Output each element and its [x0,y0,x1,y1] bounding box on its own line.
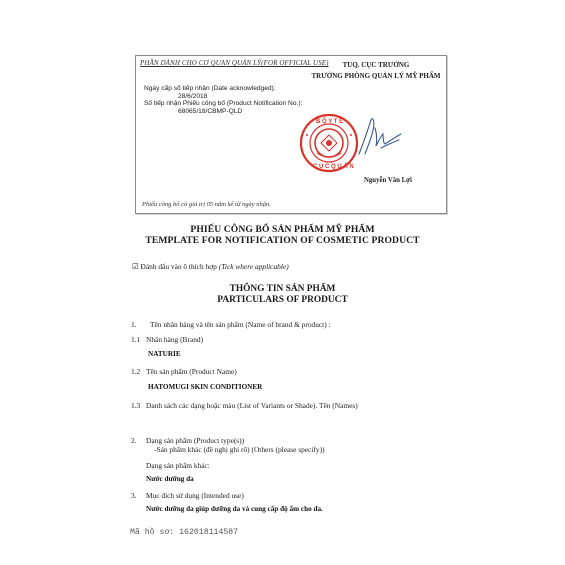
item-1-2: 1.2Tên sản phẩm (Product Name) [131,367,237,376]
svg-text:C Ụ C Q U Ả N: C Ụ C Q U Ả N [313,163,354,170]
item-3: 3.Mục đích sử dụng (Intended use) [131,491,244,500]
item-2: 2.Dạng sản phẩm (Product type(s)) [131,436,244,445]
item-label: Nhãn hàng (Brand) [146,335,203,344]
item-number: 1. [131,320,150,329]
product-name-value: HATOMUGI SKIN CONDITIONER [148,383,262,391]
item-label: Danh sách các dạng hoặc màu (List of Var… [146,401,358,410]
document-title-vi: PHIẾU CÔNG BỐ SẢN PHẨM MỸ PHẨM [0,224,565,235]
item-number: 1.3 [131,401,146,410]
acknowledgement-block: Ngày cấp số tiếp nhận (Date acknowledged… [144,85,302,115]
file-code: Mã hồ sơ: 162018114587 [130,528,238,537]
item-1: 1.Tên nhãn hàng và tên sản phẩm (Name of… [131,320,331,329]
brand-value: NATURIE [148,350,181,358]
signature-icon [351,114,403,158]
svg-text:B Ộ Y T Ế: B Ộ Y T Ế [316,117,343,125]
product-type-other-option: -Sản phẩm khác (đề nghị ghi rõ) (Others … [154,445,325,454]
section-title-vi: THÔNG TIN SẢN PHẨM [0,284,565,294]
document-title-en: TEMPLATE FOR NOTIFICATION OF COSMETIC PR… [0,235,565,246]
validity-note: Phiếu công bố có giá trị 05 năm kể từ ng… [142,201,271,208]
checkbox-icon: ☑ [132,262,139,271]
date-acknowledged-label: Ngày cấp số tiếp nhận (Date acknowledged… [144,85,302,93]
item-1-1: 1.1Nhãn hàng (Brand) [131,335,203,344]
official-use-header: PHẦN DÀNH CHO CƠ QUAN QUẢN LÝ(FOR OFFICI… [140,59,329,67]
signer-name: Nguyễn Văn Lợi [364,177,412,184]
official-use-box: PHẦN DÀNH CHO CƠ QUAN QUẢN LÝ(FOR OFFICI… [135,55,447,214]
item-number: 1.1 [131,335,146,344]
item-number: 3. [131,491,146,500]
other-product-type-label: Dạng sản phẩm khác: [146,461,210,470]
item-1-3: 1.3Danh sách các dạng hoặc màu (List of … [131,401,358,410]
signing-authority-subtitle: TRƯỞNG PHÒNG QUẢN LÝ MỸ PHẨM [306,72,446,80]
item-label: Tên nhãn hàng và tên sản phẩm (Name of b… [150,320,331,329]
item-number: 2. [131,436,146,445]
tick-instruction-text: Đánh dấu vào ô thích hợp [141,262,217,271]
tick-instruction-text-en: (Tick where applicable) [219,262,289,271]
signing-authority-title: TUQ. CỤC TRƯỞNG [306,61,446,69]
notification-number-label: Số tiếp nhận Phiếu công bố (Product Noti… [144,100,302,108]
item-label: Dạng sản phẩm (Product type(s)) [146,436,244,445]
official-seal-icon: B Ộ Y T Ế C Ụ C Q U Ả N [299,113,359,173]
item-label: Mục đích sử dụng (Intended use) [146,491,244,500]
section-title-en: PARTICULARS OF PRODUCT [0,295,565,305]
notification-number-value: 68065/18/CBMP-QLD [144,108,302,116]
item-number: 1.2 [131,367,146,376]
other-product-type-value: Nước dưỡng da [146,475,194,483]
intended-use-value: Nước dưỡng da giúp dưỡng da và cung cấp … [146,505,323,513]
item-label: Tên sản phẩm (Product Name) [146,367,237,376]
tick-instruction: ☑ Đánh dấu vào ô thích hợp (Tick where a… [132,262,289,271]
